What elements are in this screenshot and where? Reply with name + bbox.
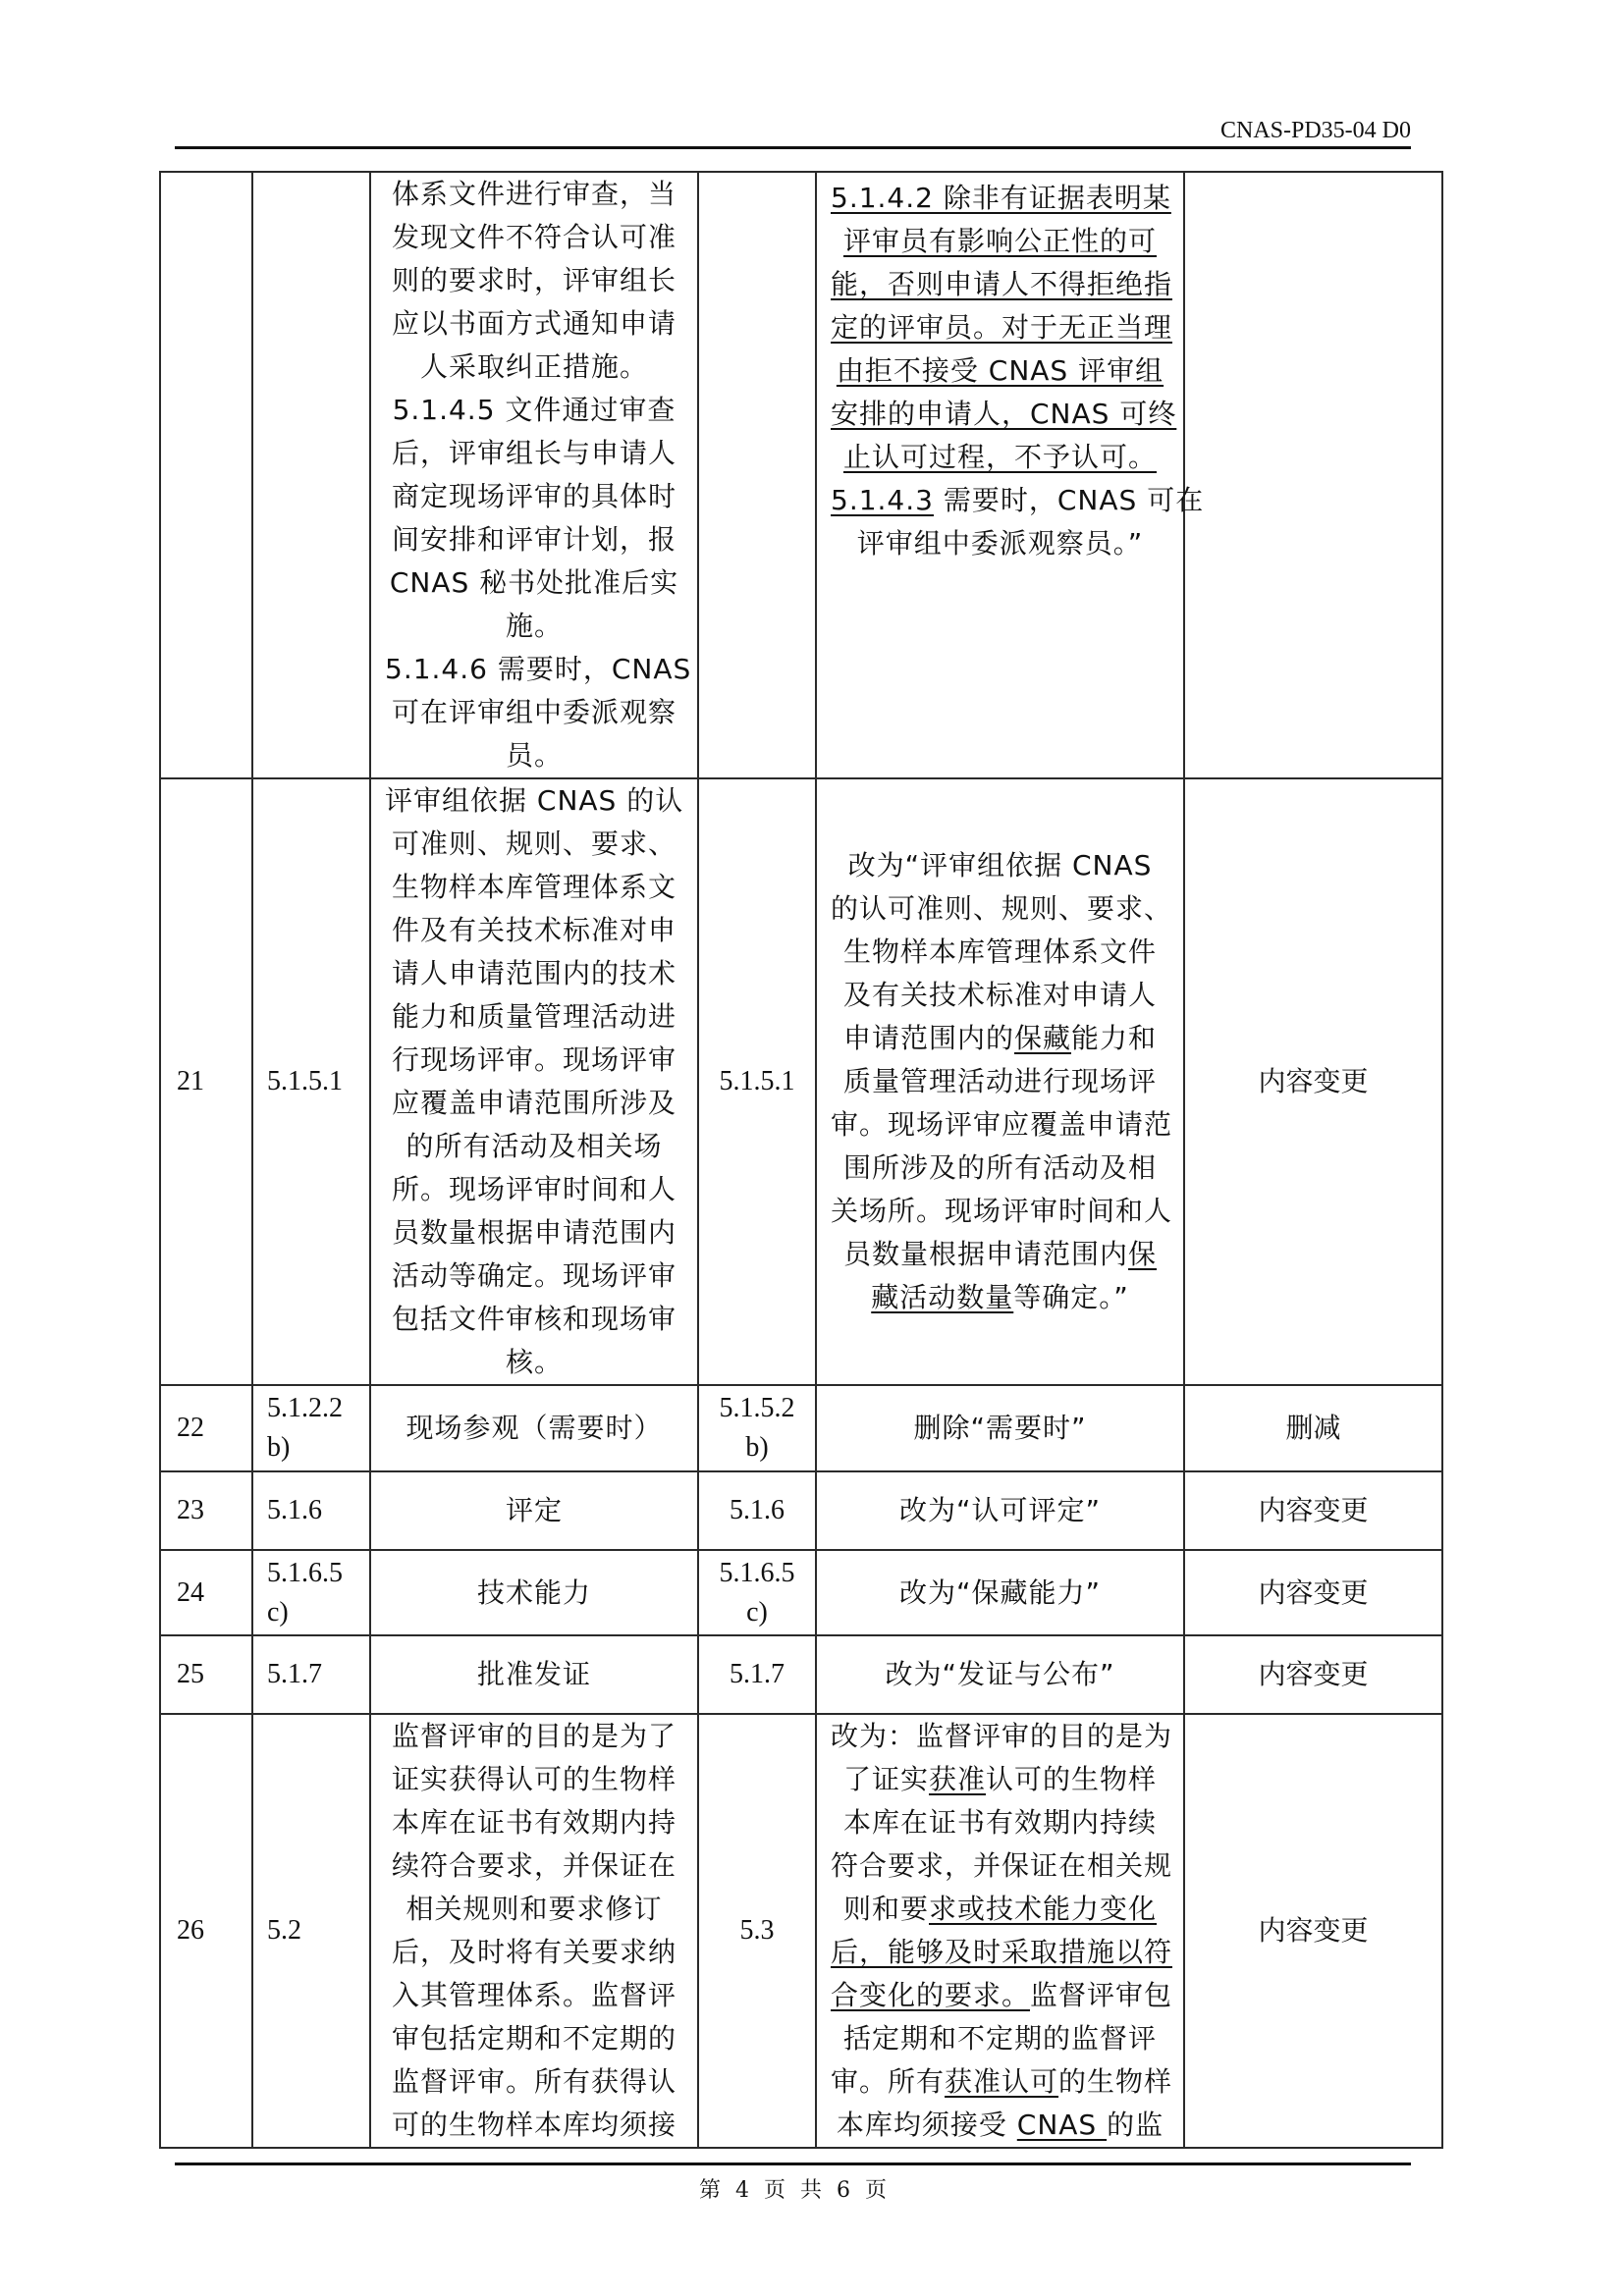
row-number: 24 <box>160 1550 252 1635</box>
text-line: 可准则、规则、要求、 <box>385 823 683 866</box>
text-line: 则和要求或技术能力变化 <box>831 1888 1169 1931</box>
text-segment: 关场所。现场评审时间和人 <box>831 1195 1172 1227</box>
text-segment: 围所涉及的所有活动及相 <box>843 1151 1157 1184</box>
underlined-revision: 保 <box>1128 1238 1157 1270</box>
underlined-revision: 5.1.4.2 除非有证据表明某 <box>831 182 1171 214</box>
text-line: 括定期和不定期的监督评 <box>831 2017 1169 2060</box>
text-line: 改为：监督评审的目的是为 <box>831 1715 1169 1758</box>
old-text: 评定 <box>370 1471 698 1550</box>
text-line: b) <box>699 1428 815 1468</box>
text-line: 5.1.6 <box>699 1491 815 1530</box>
text-segment: 的监 <box>1107 2109 1164 2141</box>
row-number: 23 <box>160 1471 252 1550</box>
change-comparison-table: 体系文件进行审查，当发现文件不符合认可准则的要求时，评审组长应以书面方式通知申请… <box>159 171 1443 2149</box>
text-segment: 等确定。” <box>1013 1281 1129 1313</box>
new-clause: 5.1.5.1 <box>698 778 816 1385</box>
text-line: 监督评审的目的是为了 <box>385 1715 683 1758</box>
table-body: 体系文件进行审查，当发现文件不符合认可准则的要求时，评审组长应以书面方式通知申请… <box>160 172 1442 2148</box>
text-line: 可的生物样本库均须接 <box>385 2104 683 2147</box>
text-segment: 则和要 <box>843 1893 929 1925</box>
text-line: 员。 <box>385 734 683 777</box>
table-row: 体系文件进行审查，当发现文件不符合认可准则的要求时，评审组长应以书面方式通知申请… <box>160 172 1442 778</box>
underlined-revision: CNAS <box>1017 2109 1107 2141</box>
new-clause: 5.3 <box>698 1714 816 2148</box>
text-line: 续符合要求，并保证在 <box>385 1844 683 1888</box>
old-text: 评审组依据 CNAS 的认可准则、规则、要求、生物样本库管理体系文件及有关技术标… <box>370 778 698 1385</box>
text-segment: 监督评审包 <box>1030 1979 1172 2011</box>
text-line: 审。所有获准认可的生物样 <box>831 2060 1169 2104</box>
text-line: 生物样本库管理体系文件 <box>831 931 1169 974</box>
footer-rule <box>175 2163 1411 2165</box>
text-line: 5.1.7 <box>267 1655 369 1694</box>
old-clause: 5.1.7 <box>252 1635 370 1714</box>
document-code: CNAS-PD35-04 D0 <box>1220 118 1411 144</box>
text-line: 商定现场评审的具体时 <box>385 475 683 518</box>
underlined-revision: 安排的申请人，CNAS 可终 <box>831 398 1176 430</box>
table-row: 24 5.1.6.5c) 技术能力 5.1.6.5c) 改为“保藏能力” 内容变… <box>160 1550 1442 1635</box>
text-line: 活动等确定。现场评审 <box>385 1255 683 1298</box>
old-text: 监督评审的目的是为了证实获得认可的生物样本库在证书有效期内持续符合要求，并保证在… <box>370 1714 698 2148</box>
text-line: 能，否则申请人不得拒绝指 <box>831 263 1169 306</box>
text-line: 申请范围内的保藏能力和 <box>831 1017 1169 1060</box>
underlined-revision: 求或技术能力变化 <box>929 1893 1157 1925</box>
text-line: 件及有关技术标准对申 <box>385 909 683 952</box>
text-line: 间安排和评审计划，报 <box>385 518 683 561</box>
change-type: 内容变更 <box>1184 1714 1442 2148</box>
text-line: 藏活动数量等确定。” <box>831 1276 1169 1319</box>
text-line: c) <box>267 1593 369 1632</box>
new-clause: 5.1.5.2b) <box>698 1385 816 1471</box>
change-type: 内容变更 <box>1184 1550 1442 1635</box>
new-clause: 5.1.6 <box>698 1471 816 1550</box>
text-segment: 审。现场评审应覆盖申请范 <box>831 1108 1172 1141</box>
underlined-revision: 保藏 <box>1014 1022 1071 1054</box>
text-line: 生物样本库管理体系文 <box>385 866 683 909</box>
text-line: 发现文件不符合认可准 <box>385 216 683 259</box>
text-line: 关场所。现场评审时间和人 <box>831 1190 1169 1233</box>
underlined-revision: 合变化的要求。 <box>831 1979 1030 2011</box>
new-text: 删除“需要时” <box>816 1385 1184 1471</box>
text-line: 5.1.4.6 需要时，CNAS <box>385 648 683 691</box>
row-number: 22 <box>160 1385 252 1471</box>
text-line: 5.1.4.5 文件通过审查 <box>385 389 683 432</box>
text-segment: 改为“评审组依据 CNAS <box>848 849 1153 881</box>
change-type: 内容变更 <box>1184 1471 1442 1550</box>
text-line: 质量管理活动进行现场评 <box>831 1060 1169 1103</box>
old-clause: 5.2 <box>252 1714 370 2148</box>
table-row: 26 5.2 监督评审的目的是为了证实获得认可的生物样本库在证书有效期内持续符合… <box>160 1714 1442 2148</box>
old-text: 体系文件进行审查，当发现文件不符合认可准则的要求时，评审组长应以书面方式通知申请… <box>370 172 698 778</box>
text-line: 审包括定期和不定期的 <box>385 2017 683 2060</box>
new-text: 改为“发证与公布” <box>816 1635 1184 1714</box>
underlined-revision: 后，能够及时采取措施以符 <box>831 1936 1172 1968</box>
text-line: 评审组中委派观察员。” <box>831 522 1169 565</box>
text-line: 5.1.4.3 需要时，CNAS 可在 <box>831 479 1169 522</box>
text-line: 应以书面方式通知申请 <box>385 302 683 346</box>
underlined-revision: 评审员有影响公正性的可 <box>843 225 1157 257</box>
text-segment: 生物样本库管理体系文件 <box>843 935 1157 968</box>
header-rule <box>175 146 1411 149</box>
change-type: 删减 <box>1184 1385 1442 1471</box>
text-line: 5.1.7 <box>699 1655 815 1694</box>
change-type: 内容变更 <box>1184 1635 1442 1714</box>
text-line: 核。 <box>385 1341 683 1384</box>
text-line: 监督评审。所有获得认 <box>385 2060 683 2104</box>
text-segment: 本库在证书有效期内持续 <box>843 1806 1157 1839</box>
row-number: 26 <box>160 1714 252 2148</box>
underlined-revision: 藏活动数量 <box>871 1281 1013 1313</box>
new-text: 改为“评审组依据 CNAS的认可准则、规则、要求、生物样本库管理体系文件及有关技… <box>816 778 1184 1385</box>
text-line: 后，及时将有关要求纳 <box>385 1931 683 1974</box>
text-line: b) <box>267 1428 369 1468</box>
new-text: 改为：监督评审的目的是为了证实获准认可的生物样本库在证书有效期内持续符合要求，并… <box>816 1714 1184 2148</box>
text-line: c) <box>699 1593 815 1632</box>
text-segment: 评审组中委派观察员。” <box>857 527 1144 560</box>
text-line: 则的要求时，评审组长 <box>385 259 683 302</box>
text-segment: 括定期和不定期的监督评 <box>843 2022 1157 2055</box>
text-line: 可在评审组中委派观察 <box>385 691 683 734</box>
text-line: 后，评审组长与申请人 <box>385 432 683 475</box>
underlined-revision: 由拒不接受 CNAS 评审组 <box>837 354 1164 387</box>
text-segment: 认可的生物样 <box>986 1763 1157 1795</box>
text-line: 围所涉及的所有活动及相 <box>831 1147 1169 1190</box>
old-clause: 5.1.6.5c) <box>252 1550 370 1635</box>
underlined-revision: 止认可过程，不予认可。 <box>843 441 1157 473</box>
text-segment: 改为：监督评审的目的是为 <box>831 1720 1172 1752</box>
text-line: 及有关技术标准对申请人 <box>831 974 1169 1017</box>
new-text: 改为“保藏能力” <box>816 1550 1184 1635</box>
page-footer: 第 4 页 共 6 页 <box>175 2163 1411 2204</box>
text-line: 评审员有影响公正性的可 <box>831 220 1169 263</box>
page-number: 第 4 页 共 6 页 <box>175 2173 1411 2204</box>
text-line: 能力和质量管理活动进 <box>385 995 683 1039</box>
text-segment: 员数量根据申请范围内 <box>843 1238 1128 1270</box>
text-line: CNAS 秘书处批准后实 <box>385 561 683 605</box>
old-clause: 5.1.5.1 <box>252 778 370 1385</box>
text-line: 的认可准则、规则、要求、 <box>831 887 1169 931</box>
text-line: 5.1.4.2 除非有证据表明某 <box>831 177 1169 220</box>
text-line: 施。 <box>385 605 683 648</box>
text-line: 合变化的要求。监督评审包 <box>831 1974 1169 2017</box>
page-header: CNAS-PD35-04 D0 <box>175 110 1411 149</box>
text-segment: 需要时，CNAS 可在 <box>934 484 1204 516</box>
text-line: 本库在证书有效期内持续 <box>831 1801 1169 1844</box>
old-text: 技术能力 <box>370 1550 698 1635</box>
underlined-revision: 定的评审员。对于无正当理 <box>831 311 1172 344</box>
text-line: 请人申请范围内的技术 <box>385 952 683 995</box>
text-segment: 能力和 <box>1071 1022 1157 1054</box>
text-line: 安排的申请人，CNAS 可终 <box>831 393 1169 436</box>
text-line: 改为“评审组依据 CNAS <box>831 844 1169 887</box>
old-text: 现场参观（需要时） <box>370 1385 698 1471</box>
table-row: 22 5.1.2.2b) 现场参观（需要时） 5.1.5.2b) 删除“需要时”… <box>160 1385 1442 1471</box>
text-segment: 本库均须接受 <box>837 2109 1017 2141</box>
text-line: 本库在证书有效期内持 <box>385 1801 683 1844</box>
text-line: 本库均须接受 CNAS 的监 <box>831 2104 1169 2147</box>
old-clause: 5.1.6 <box>252 1471 370 1550</box>
text-line: 5.1.6.5 <box>267 1554 369 1593</box>
old-clause <box>252 172 370 778</box>
new-clause: 5.1.6.5c) <box>698 1550 816 1635</box>
text-line: 后，能够及时采取措施以符 <box>831 1931 1169 1974</box>
text-line: 符合要求，并保证在相关规 <box>831 1844 1169 1888</box>
new-text: 5.1.4.2 除非有证据表明某评审员有影响公正性的可能，否则申请人不得拒绝指定… <box>816 172 1184 778</box>
old-text: 批准发证 <box>370 1635 698 1714</box>
row-number: 25 <box>160 1635 252 1714</box>
change-type <box>1184 172 1442 778</box>
text-line: 所。现场评审时间和人 <box>385 1168 683 1211</box>
new-clause: 5.1.7 <box>698 1635 816 1714</box>
text-line: 行现场评审。现场评审 <box>385 1039 683 1082</box>
text-segment: 的生物样 <box>1058 2065 1172 2098</box>
text-segment: 及有关技术标准对申请人 <box>843 979 1157 1011</box>
row-number <box>160 172 252 778</box>
text-line: 由拒不接受 CNAS 评审组 <box>831 349 1169 393</box>
text-line: 相关规则和要求修订 <box>385 1888 683 1931</box>
table-row: 21 5.1.5.1 评审组依据 CNAS 的认可准则、规则、要求、生物样本库管… <box>160 778 1442 1385</box>
underlined-revision: 5.1.4.3 <box>831 484 934 516</box>
text-line: 入其管理体系。监督评 <box>385 1974 683 2017</box>
text-segment: 质量管理活动进行现场评 <box>843 1065 1157 1097</box>
text-segment: 的认可准则、规则、要求、 <box>831 892 1172 925</box>
text-line: 5.1.6.5 <box>699 1554 815 1593</box>
text-line: 定的评审员。对于无正当理 <box>831 306 1169 349</box>
underlined-revision: 获准认可 <box>945 2065 1058 2098</box>
new-text: 改为“认可评定” <box>816 1471 1184 1550</box>
text-line: 5.1.2.2 <box>267 1389 369 1428</box>
text-segment: 审。所有 <box>831 2065 945 2098</box>
old-clause: 5.1.2.2b) <box>252 1385 370 1471</box>
underlined-revision: 获准 <box>929 1763 986 1795</box>
text-segment: 符合要求，并保证在相关规 <box>831 1849 1172 1882</box>
text-line: 人采取纠正措施。 <box>385 346 683 389</box>
text-line: 审。现场评审应覆盖申请范 <box>831 1103 1169 1147</box>
text-line: 体系文件进行审查，当 <box>385 173 683 216</box>
new-clause <box>698 172 816 778</box>
underlined-revision: 能，否则申请人不得拒绝指 <box>831 268 1172 300</box>
row-number: 21 <box>160 778 252 1385</box>
table-row: 23 5.1.6 评定 5.1.6 改为“认可评定” 内容变更 <box>160 1471 1442 1550</box>
text-line: 员数量根据申请范围内保 <box>831 1233 1169 1276</box>
text-line: 了证实获准认可的生物样 <box>831 1758 1169 1801</box>
text-segment: 申请范围内的 <box>843 1022 1014 1054</box>
table-row: 25 5.1.7 批准发证 5.1.7 改为“发证与公布” 内容变更 <box>160 1635 1442 1714</box>
text-line: 应覆盖申请范围所涉及 <box>385 1082 683 1125</box>
text-line: 5.1.5.2 <box>699 1389 815 1428</box>
text-line: 员数量根据申请范围内 <box>385 1211 683 1255</box>
text-segment: 了证实 <box>843 1763 929 1795</box>
change-type: 内容变更 <box>1184 778 1442 1385</box>
text-line: 包括文件审核和现场审 <box>385 1298 683 1341</box>
text-line: 止认可过程，不予认可。 <box>831 436 1169 479</box>
text-line: 5.1.6 <box>267 1491 369 1530</box>
text-line: 评审组依据 CNAS 的认 <box>385 779 683 823</box>
text-line: 的所有活动及相关场 <box>385 1125 683 1168</box>
text-line: 证实获得认可的生物样 <box>385 1758 683 1801</box>
